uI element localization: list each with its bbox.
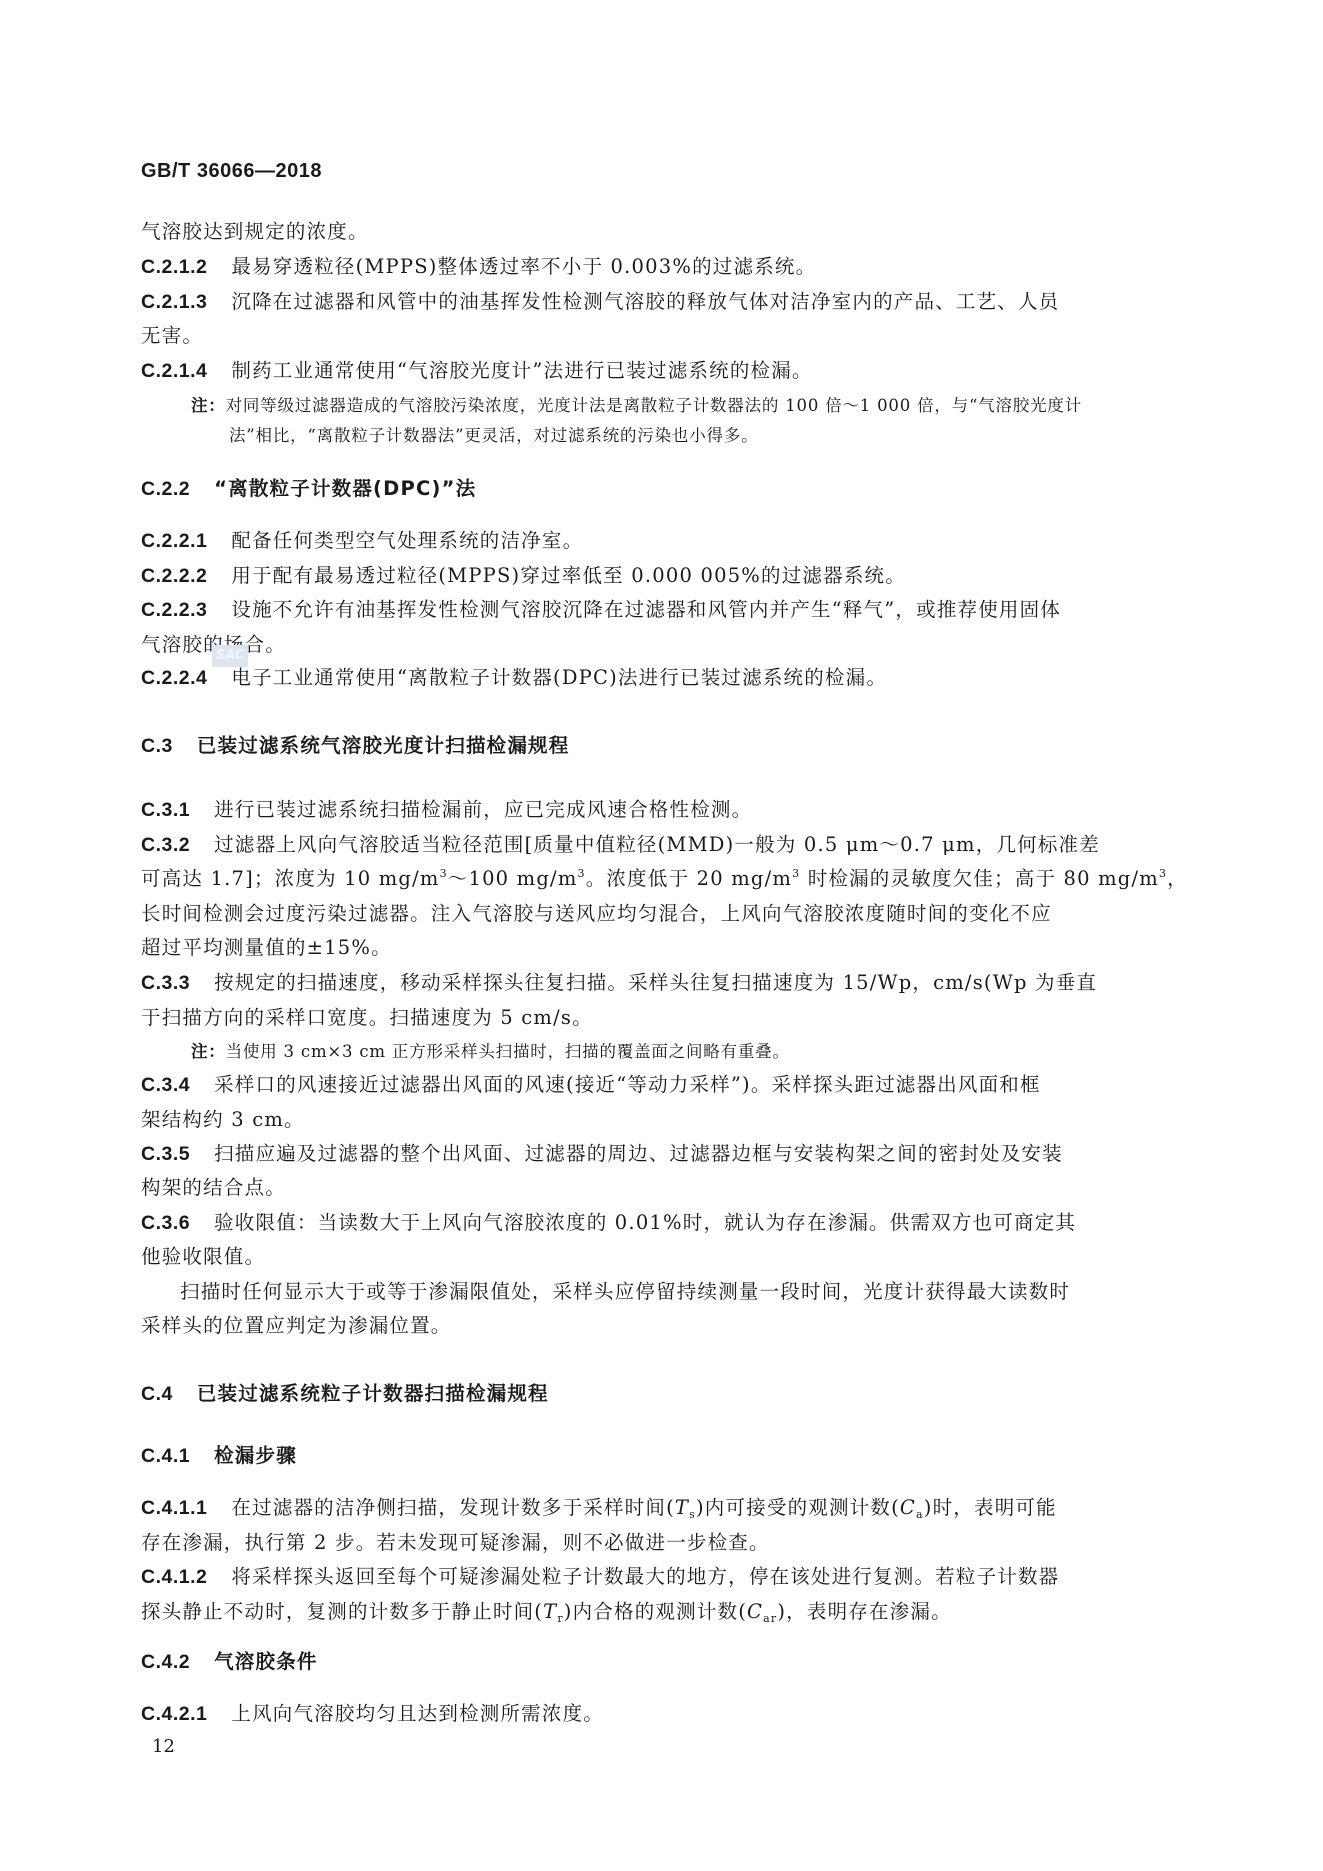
clause-c213: C.2.1.3沉降在过滤器和风管中的油基挥发性检测气溶胶的释放气体对洁净室内的产… bbox=[141, 292, 1059, 313]
clause-c411: C.4.1.1在过滤器的洁净侧扫描，发现计数多于采样时间(Ts)内可接受的观测计… bbox=[141, 1498, 1057, 1519]
note-photometer-cont: 法”相比，“离散粒子计数器法”更灵活，对过滤系统的污染也小得多。 bbox=[229, 428, 758, 445]
clause-c213-cont: 无害。 bbox=[141, 326, 203, 346]
paragraph-continuation: 气溶胶达到规定的浓度。 bbox=[141, 222, 369, 242]
page-number: 12 bbox=[152, 1736, 175, 1757]
clause-c32-line4: 超过平均测量值的±15%。 bbox=[141, 938, 392, 958]
heading-c4: C.4已装过滤系统粒子计数器扫描检漏规程 bbox=[141, 1384, 549, 1405]
document-page: GB/T 36066—2018 气溶胶达到规定的浓度。 C.2.1.2最易穿透粒… bbox=[0, 0, 1323, 1871]
paragraph-leak-location: 扫描时任何显示大于或等于渗漏限值处，采样头应停留持续测量一段时间，光度计获得最大… bbox=[180, 1282, 1070, 1302]
heading-c3: C.3已装过滤系统气溶胶光度计扫描检漏规程 bbox=[141, 736, 569, 757]
clause-c223: C.2.2.3设施不允许有油基挥发性检测气溶胶沉降在过滤器和风管内并产生“释气”… bbox=[141, 600, 1061, 621]
paragraph-leak-location-cont: 采样头的位置应判定为渗漏位置。 bbox=[141, 1316, 452, 1336]
note-sampling-head: 注：当使用 3 cm×3 cm 正方形采样头扫描时，扫描的覆盖面之间略有重叠。 bbox=[191, 1044, 790, 1061]
standard-code-header: GB/T 36066—2018 bbox=[141, 160, 322, 183]
clause-c34-cont: 架结构约 3 cm。 bbox=[141, 1110, 305, 1130]
clause-c32: C.3.2过滤器上风向气溶胶适当粒径范围[质量中值粒径(MMD)一般为 0.5 … bbox=[141, 835, 1100, 856]
clause-c32-line3: 长时间检测会过度污染过滤器。注入气溶胶与送风应均匀混合，上风向气溶胶浓度随时间的… bbox=[141, 904, 1052, 924]
clause-c35: C.3.5扫描应遍及过滤器的整个出风面、过滤器的周边、过滤器边框与安装构架之间的… bbox=[141, 1144, 1063, 1165]
clause-c36: C.3.6验收限值：当读数大于上风向气溶胶浓度的 0.01%时，就认为存在渗漏。… bbox=[141, 1213, 1076, 1234]
clause-c412: C.4.1.2将采样探头返回至每个可疑渗漏处粒子计数最大的地方，停在该处进行复测… bbox=[141, 1567, 1059, 1588]
clause-c31: C.3.1进行已装过滤系统扫描检漏前，应已完成风速合格性检测。 bbox=[141, 800, 752, 821]
heading-c22: C.2.2“离散粒子计数器(DPC)”法 bbox=[141, 479, 476, 500]
clause-c214: C.2.1.4制药工业通常使用“气溶胶光度计”法进行已装过滤系统的检漏。 bbox=[141, 361, 813, 382]
clause-c34: C.3.4采样口的风速接近过滤器出风面的风速(接近“等动力采样”)。采样探头距过… bbox=[141, 1075, 1041, 1096]
clause-c412-cont: 探头静止不动时，复测的计数多于静止时间(Tr)内合格的观测计数(Car)，表明存… bbox=[141, 1602, 952, 1622]
clause-c36-cont: 他验收限值。 bbox=[141, 1247, 265, 1267]
clause-c33-cont: 于扫描方向的采样口宽度。扫描速度为 5 cm/s。 bbox=[141, 1008, 593, 1028]
heading-c41: C.4.1检漏步骤 bbox=[141, 1446, 297, 1467]
clause-c222: C.2.2.2用于配有最易透过粒径(MPPS)穿过率低至 0.000 005%的… bbox=[141, 566, 906, 587]
clause-c421: C.4.2.1上风向气溶胶均匀且达到检测所需浓度。 bbox=[141, 1704, 604, 1725]
clause-c33: C.3.3按规定的扫描速度，移动采样探头往复扫描。采样头往复扫描速度为 15/W… bbox=[141, 973, 1097, 994]
clause-c221: C.2.2.1配备任何类型空气处理系统的洁净室。 bbox=[141, 531, 583, 552]
clause-c224: C.2.2.4电子工业通常使用“离散粒子计数器(DPC)法进行已装过滤系统的检漏… bbox=[141, 668, 887, 689]
clause-c212: C.2.1.2最易穿透粒径(MPPS)整体透过率不小于 0.003%的过滤系统。 bbox=[141, 257, 816, 278]
heading-c42: C.4.2气溶胶条件 bbox=[141, 1652, 318, 1673]
clause-c35-cont: 构架的结合点。 bbox=[141, 1178, 286, 1198]
note-photometer: 注：对同等级过滤器造成的气溶胶污染浓度，光度计法是离散粒子计数器法的 100 倍… bbox=[191, 398, 1082, 415]
clause-c411-cont: 存在渗漏，执行第 2 步。若未发现可疑渗漏，则不必做进一步检查。 bbox=[141, 1533, 770, 1553]
clause-c32-line2: 可高达 1.7]；浓度为 10 mg/m3～100 mg/m3。浓度低于 20 … bbox=[141, 869, 1188, 889]
sac-watermark: SAC bbox=[212, 645, 248, 667]
